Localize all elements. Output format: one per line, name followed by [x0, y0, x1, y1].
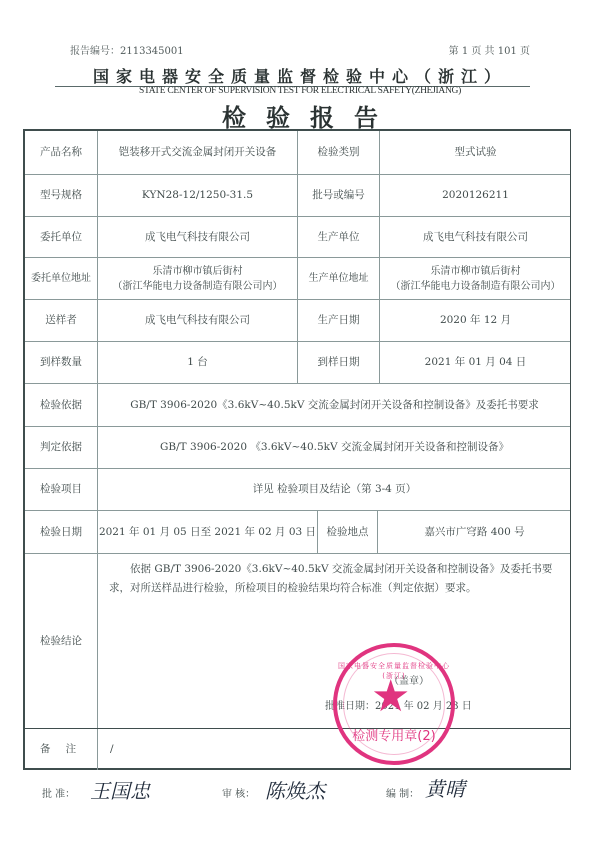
value-test-type: 型式试验 — [379, 131, 571, 174]
review-signature: 陈焕杰 — [265, 775, 325, 804]
value-remarks: / — [97, 729, 571, 770]
label-arrival-date: 到样日期 — [297, 342, 379, 383]
value-test-location: 嘉兴市广穹路 400 号 — [377, 511, 571, 553]
label-model: 型号规格 — [25, 175, 97, 216]
row-model: 型号规格 KYN28-12/1250-31.5 批号或编号 2020126211 — [25, 174, 570, 216]
approve-signature: 王国忠 — [90, 775, 150, 804]
value-client: 成飞电气科技有限公司 — [97, 217, 297, 257]
value-client-address: 乐清市柳市镇后街村 （浙江华能电力设备制造有限公司内） — [97, 258, 297, 299]
label-test-items: 检验项目 — [25, 469, 97, 510]
label-client: 委托单位 — [25, 217, 97, 257]
value-test-basis: GB/T 3906-2020《3.6kV~40.5kV 交流金属封闭开关设备和控… — [97, 384, 571, 426]
seal-note: （盖章） — [389, 672, 429, 687]
value-model: KYN28-12/1250-31.5 — [97, 175, 297, 216]
compile-signature: 黄晴 — [425, 773, 465, 802]
row-quantity: 到样数量 1 台 到样日期 2021 年 01 月 04 日 — [25, 341, 570, 383]
label-test-location: 检验地点 — [317, 511, 377, 553]
manufacturer-address-line2: （浙江华能电力设备制造有限公司内） — [391, 279, 561, 294]
label-test-basis: 检验依据 — [25, 384, 97, 426]
value-quantity: 1 台 — [97, 342, 297, 383]
row-test-basis: 检验依据 GB/T 3906-2020《3.6kV~40.5kV 交流金属封闭开… — [25, 383, 570, 426]
organization-name-en: STATE CENTER OF SUPERVISION TEST FOR ELE… — [0, 86, 600, 96]
row-product-name: 产品名称 铠装移开式交流金属封闭开关设备 检验类别 型式试验 — [25, 131, 570, 174]
label-product-name: 产品名称 — [25, 131, 97, 174]
value-judgment-basis: GB/T 3906-2020 《3.6kV~40.5kV 交流金属封闭开关设备和… — [97, 427, 571, 468]
value-manufacturer: 成飞电气科技有限公司 — [379, 217, 571, 257]
value-manufacturer-address: 乐清市柳市镇后街村 （浙江华能电力设备制造有限公司内） — [379, 258, 571, 299]
report-number: 报告编号：2113345001 — [70, 42, 184, 57]
value-arrival-date: 2021 年 01 月 04 日 — [379, 342, 571, 383]
conclusion-text: 依据 GB/T 3906-2020《3.6kV~40.5kV 交流金属封闭开关设… — [109, 560, 559, 598]
row-client: 委托单位 成飞电气科技有限公司 生产单位 成飞电气科技有限公司 — [25, 216, 570, 257]
report-table: 产品名称 铠装移开式交流金属封闭开关设备 检验类别 型式试验 型号规格 KYN2… — [23, 129, 571, 770]
value-production-date: 2020 年 12 月 — [379, 300, 571, 341]
label-batch-no: 批号或编号 — [297, 175, 379, 216]
approve-label: 批 准： — [42, 785, 75, 800]
value-sender: 成飞电气科技有限公司 — [97, 300, 297, 341]
label-judgment-basis: 判定依据 — [25, 427, 97, 468]
label-remarks: 备 注 — [25, 729, 97, 770]
manufacturer-address-line1: 乐清市柳市镇后街村 — [431, 264, 521, 279]
organization-name-cn: 国家电器安全质量监督检验中心（浙江） — [0, 64, 600, 87]
client-address-line2: （浙江华能电力设备制造有限公司内） — [113, 279, 283, 294]
value-batch-no: 2020126211 — [379, 175, 571, 216]
row-test-date: 检验日期 2021 年 01 月 05 日至 2021 年 02 月 03 日 … — [25, 510, 570, 553]
row-test-items: 检验项目 详见 检验项目及结论（第 3-4 页） — [25, 468, 570, 510]
row-judgment-basis: 判定依据 GB/T 3906-2020 《3.6kV~40.5kV 交流金属封闭… — [25, 426, 570, 468]
compile-label: 编 制： — [386, 785, 419, 800]
label-conclusion: 检验结论 — [25, 554, 97, 728]
label-quantity: 到样数量 — [25, 342, 97, 383]
document-title: 检验报告 — [0, 98, 600, 133]
label-client-address: 委托单位地址 — [25, 258, 97, 299]
approval-date: 批准日期：2021 年 02 月 23 日 — [325, 697, 472, 712]
value-test-items: 详见 检验项目及结论（第 3-4 页） — [97, 469, 571, 510]
label-production-date: 生产日期 — [297, 300, 379, 341]
row-address: 委托单位地址 乐清市柳市镇后街村 （浙江华能电力设备制造有限公司内） 生产单位地… — [25, 257, 570, 299]
value-product-name: 铠装移开式交流金属封闭开关设备 — [97, 131, 297, 174]
client-address-line1: 乐清市柳市镇后街村 — [153, 264, 243, 279]
label-manufacturer: 生产单位 — [297, 217, 379, 257]
review-label: 审 核： — [222, 785, 255, 800]
value-test-date: 2021 年 01 月 05 日至 2021 年 02 月 03 日 — [97, 511, 317, 553]
label-manufacturer-address: 生产单位地址 — [297, 258, 379, 299]
label-sender: 送样者 — [25, 300, 97, 341]
page-indicator: 第 1 页 共 101 页 — [449, 42, 530, 57]
label-test-type: 检验类别 — [297, 131, 379, 174]
row-sender: 送样者 成飞电气科技有限公司 生产日期 2020 年 12 月 — [25, 299, 570, 341]
row-conclusion: 检验结论 依据 GB/T 3906-2020《3.6kV~40.5kV 交流金属… — [25, 553, 570, 728]
row-remarks: 备 注 / — [25, 728, 570, 770]
label-test-date: 检验日期 — [25, 511, 97, 553]
